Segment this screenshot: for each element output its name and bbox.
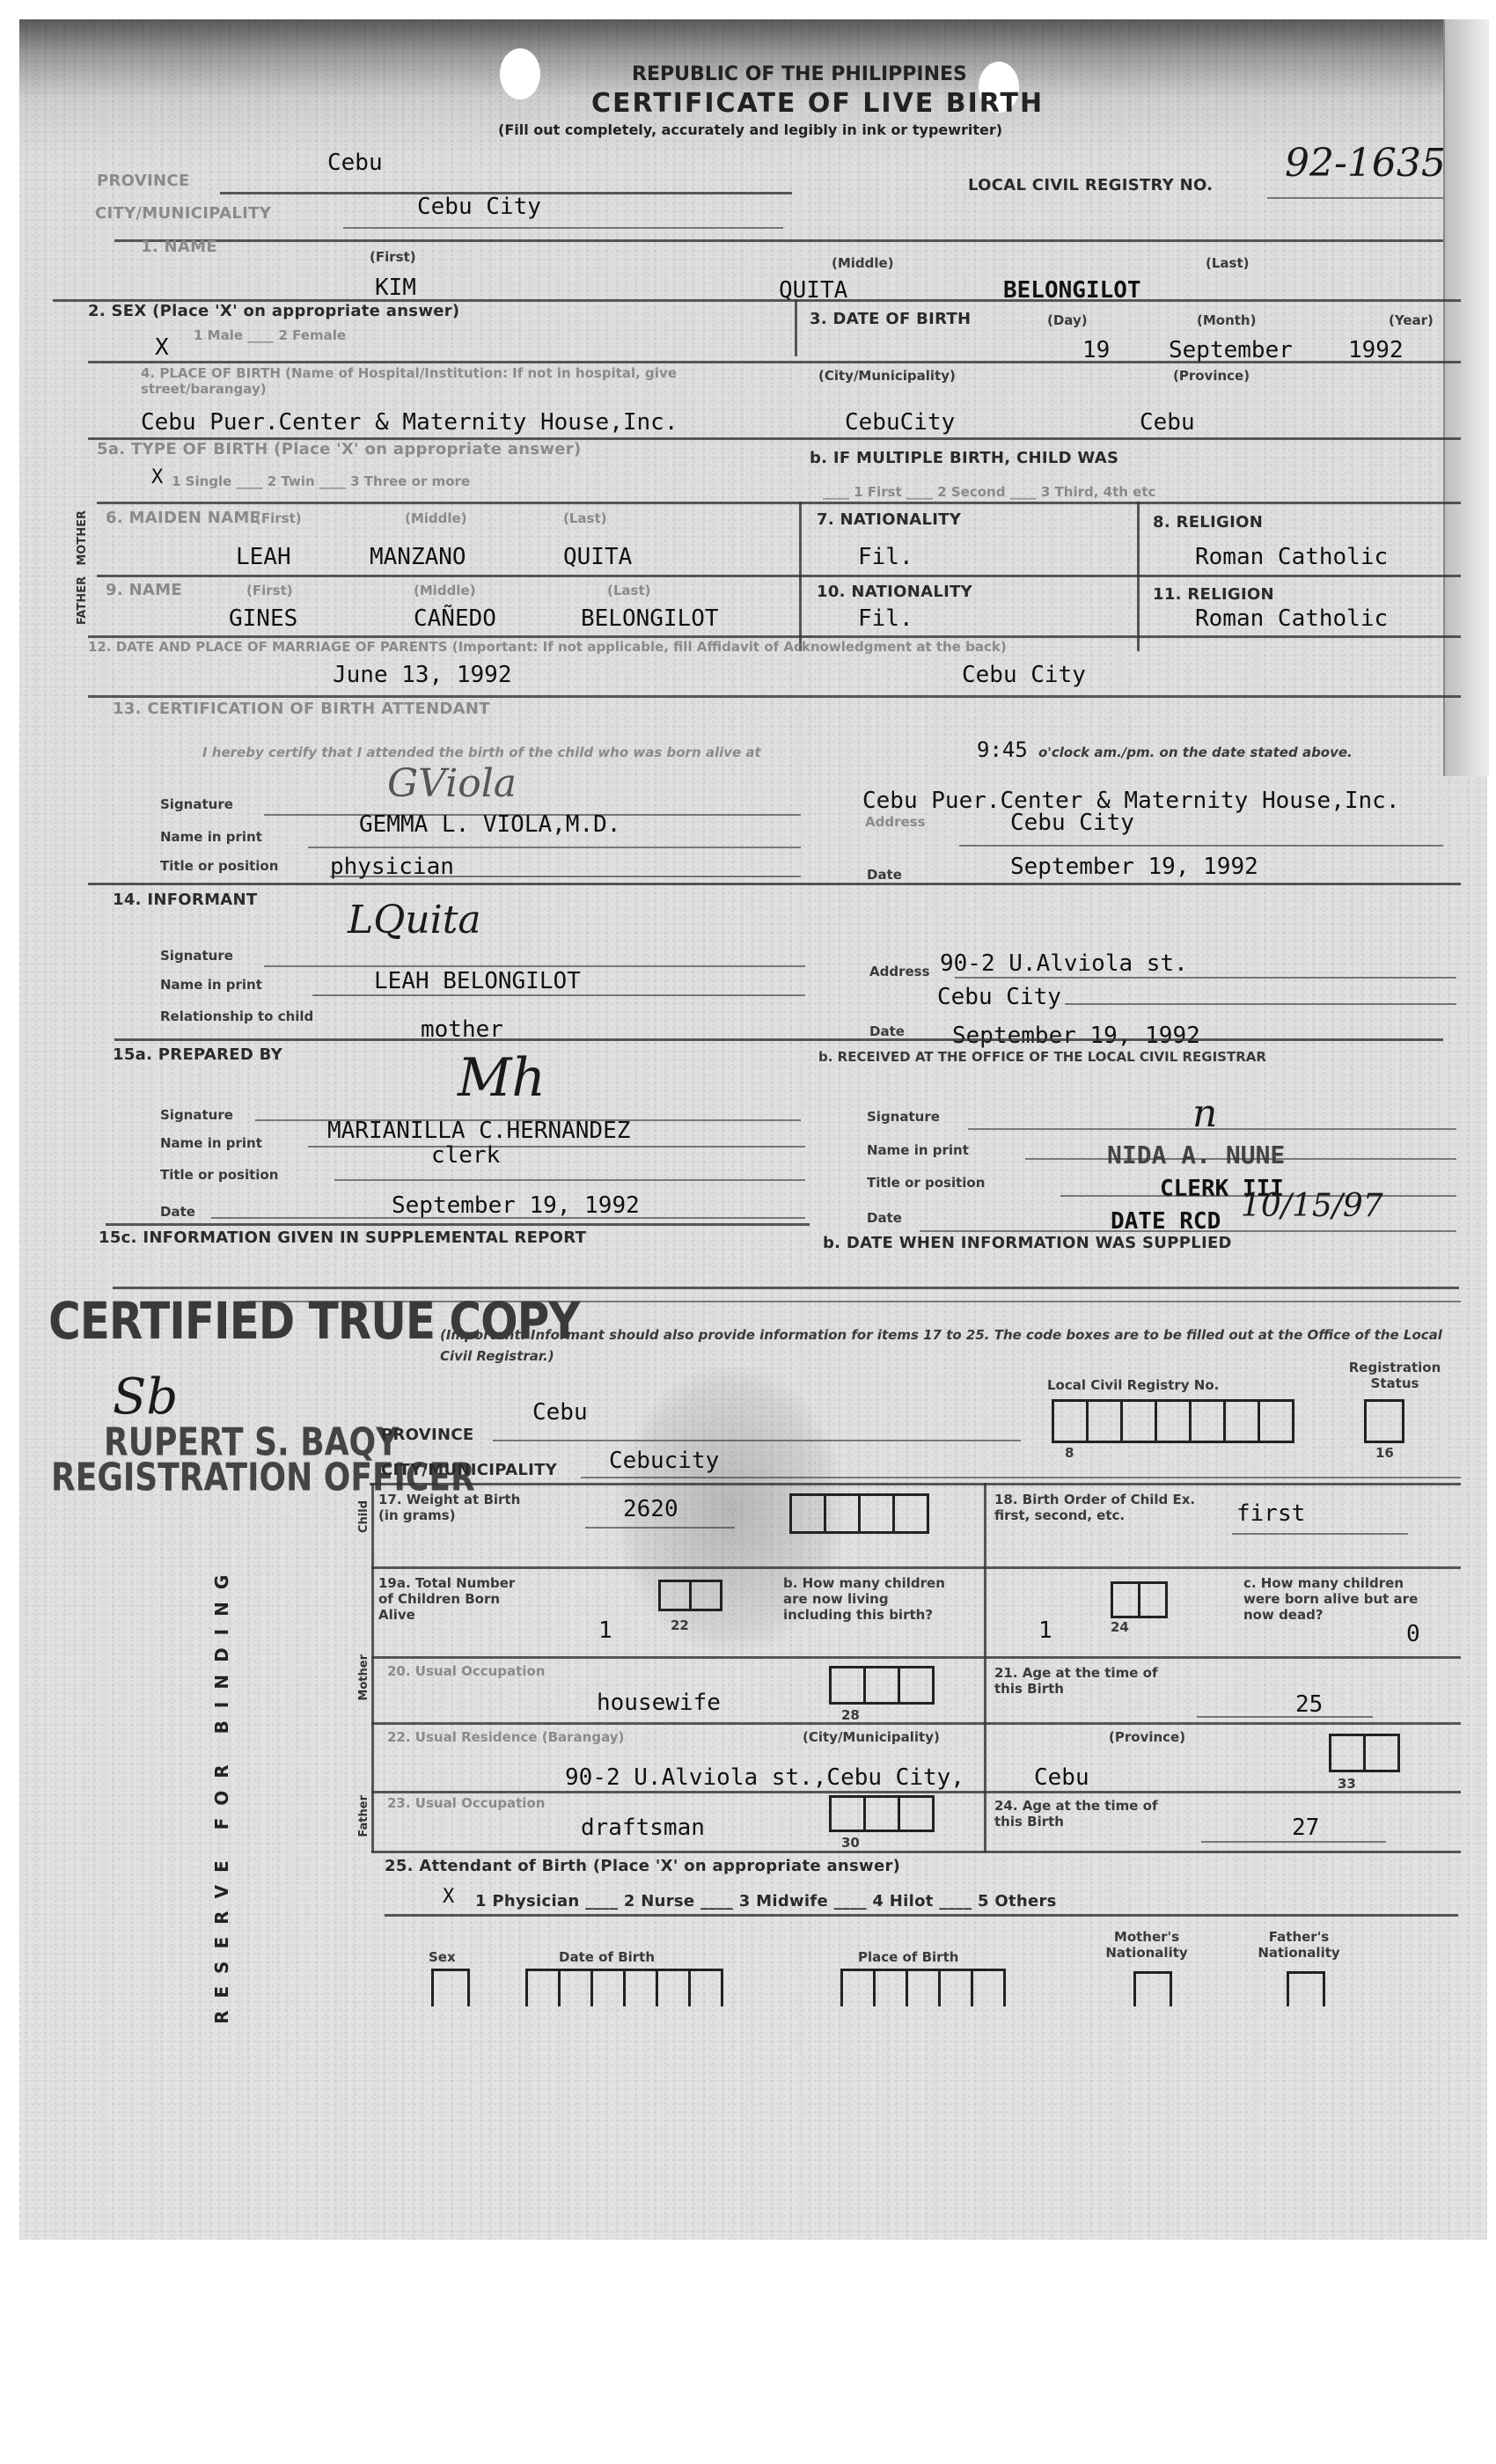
father-occupation-code-boxes[interactable]	[829, 1795, 935, 1832]
pob-province: Cebu	[1140, 409, 1195, 436]
mother-side-label: MOTHER	[76, 510, 89, 566]
mother-middle-label: (Middle)	[405, 510, 467, 526]
child-name-label: 1. NAME	[141, 238, 217, 256]
code-24: 24	[1111, 1619, 1129, 1635]
col-sex-label: Sex	[429, 1949, 456, 1965]
certificate-title: CERTIFICATE OF LIVE BIRTH	[591, 88, 1044, 119]
dob-month-label: (Month)	[1197, 312, 1256, 328]
mother-side-label-stat: Mother	[357, 1654, 370, 1701]
stat-registry-label: Local Civil Registry No.	[1047, 1377, 1219, 1393]
informant-address-line2: Cebu City	[937, 984, 1061, 1010]
mother-age: 25	[1295, 1691, 1323, 1718]
pob-institution: Cebu Puer.Center & Maternity House,Inc.	[141, 409, 678, 436]
dob-label: 3. DATE OF BIRTH	[810, 310, 971, 328]
code-16: 16	[1375, 1445, 1394, 1461]
weight-label: 17. Weight at Birth (in grams)	[378, 1492, 537, 1523]
residence-province: Cebu	[1034, 1764, 1089, 1791]
marriage-label: 12. DATE AND PLACE OF MARRIAGE OF PARENT…	[88, 639, 1007, 655]
code-8: 8	[1065, 1445, 1074, 1461]
mother-first-name: LEAH	[236, 544, 291, 570]
birth-order-value: first	[1236, 1500, 1305, 1527]
received-name-label: Name in print	[867, 1142, 969, 1158]
prepared-name-label: Name in print	[160, 1135, 262, 1151]
father-nationality-code-box[interactable]	[1287, 1971, 1325, 2006]
punch-hole	[500, 48, 540, 99]
type-of-birth-options: 1 Single ____ 2 Twin ____ 3 Three or mor…	[172, 473, 470, 489]
attendant-signature-label: Signature	[160, 796, 233, 812]
child-last-label: (Last)	[1206, 255, 1250, 271]
informant-address-line1: 90-2 U.Alviola st.	[940, 950, 1188, 977]
dob-day-label: (Day)	[1047, 312, 1088, 328]
father-age: 27	[1292, 1815, 1319, 1841]
received-title-label: Title or position	[867, 1175, 985, 1191]
code-30: 30	[841, 1835, 860, 1851]
marriage-place: Cebu City	[962, 662, 1086, 688]
received-name: NIDA A. NUNE	[1107, 1140, 1285, 1170]
registry-code-boxes[interactable]	[1052, 1399, 1294, 1443]
stat-city: Cebucity	[609, 1448, 719, 1474]
child-first-label: (First)	[370, 249, 416, 265]
received-date-label: Date	[867, 1210, 902, 1226]
dob-month: September	[1169, 337, 1293, 363]
dob-year-label: (Year)	[1389, 312, 1434, 328]
pob-province-label: (Province)	[1173, 368, 1250, 384]
city-label: CITY/MUNICIPALITY	[95, 204, 271, 223]
father-middle-name: CAÑEDO	[414, 605, 496, 632]
received-signature-label: Signature	[867, 1109, 940, 1125]
father-name-label: 9. NAME	[106, 581, 182, 599]
certification-label: 13. CERTIFICATION OF BIRTH ATTENDANT	[113, 700, 490, 718]
code-33: 33	[1338, 1776, 1356, 1792]
attendant-date: September 19, 1992	[1010, 854, 1258, 880]
attendant-date-label: Date	[867, 867, 902, 883]
attendant-of-birth-label: 25. Attendant of Birth (Place 'X' on app…	[385, 1857, 900, 1875]
type-of-birth-mark[interactable]: X	[151, 466, 163, 488]
informant-signature-label: Signature	[160, 948, 233, 964]
certification-statement-end: o'clock am./pm. on the date stated above…	[1038, 744, 1353, 760]
father-religion: Roman Catholic	[1195, 605, 1388, 632]
mother-age-label: 21. Age at the time of this Birth	[994, 1665, 1170, 1697]
birth-order-label: 18. Birth Order of Child Ex. first, seco…	[994, 1492, 1223, 1523]
reserve-for-binding-label: RESERVE FOR BINDING	[211, 1531, 232, 2024]
multiple-birth-options: ____ 1 First ____ 2 Second ____ 3 Third,…	[823, 484, 1155, 500]
registration-officer-signature: Sb	[113, 1368, 178, 1426]
stat-status-label: Registration Status	[1342, 1360, 1448, 1391]
attendant-name: GEMMA L. VIOLA,M.D.	[359, 811, 620, 838]
province-label: PROVINCE	[97, 172, 189, 190]
mother-religion-label: 8. RELIGION	[1153, 513, 1263, 532]
father-first-name: GINES	[229, 605, 297, 632]
residence-value: 90-2 U.Alviola st.,Cebu City,	[565, 1764, 964, 1791]
prepared-title: clerk	[431, 1142, 500, 1169]
prepared-by-label: 15a. PREPARED BY	[113, 1045, 282, 1064]
informant-date-label: Date	[869, 1023, 905, 1039]
father-side-label: FATHER	[76, 576, 89, 625]
mother-first-label: (First)	[255, 510, 302, 526]
sex-code-box[interactable]	[431, 1969, 470, 2006]
father-occupation: draftsman	[581, 1815, 705, 1841]
republic-heading: REPUBLIC OF THE PHILIPPINES	[632, 63, 967, 85]
pob-label: 4. PLACE OF BIRTH (Name of Hospital/Inst…	[141, 365, 704, 397]
informant-name: LEAH BELONGILOT	[374, 968, 581, 994]
attendant-name-label: Name in print	[160, 829, 262, 845]
mother-nationality-code-box[interactable]	[1133, 1971, 1172, 2006]
total-alive-code-boxes[interactable]	[658, 1580, 722, 1611]
supplemental-report-label: 15c. INFORMATION GIVEN IN SUPPLEMENTAL R…	[99, 1228, 586, 1247]
father-middle-label: (Middle)	[414, 583, 476, 598]
prepared-signature: Mh	[458, 1047, 546, 1109]
attendant-address-label: Address	[865, 814, 926, 830]
mother-occupation-label: 20. Usual Occupation	[387, 1663, 545, 1679]
informant-signature: LQuita	[348, 898, 481, 942]
father-nationality-label: 10. NATIONALITY	[817, 583, 972, 601]
pob-city: CebuCity	[845, 409, 955, 436]
prepared-title-label: Title or position	[160, 1167, 278, 1183]
father-first-label: (First)	[246, 583, 293, 598]
mother-last-label: (Last)	[563, 510, 607, 526]
attendant-address-line2: Cebu City	[1010, 810, 1134, 836]
prepared-signature-label: Signature	[160, 1107, 233, 1123]
prepared-date: September 19, 1992	[392, 1192, 640, 1219]
child-middle-label: (Middle)	[832, 255, 894, 271]
attendant-of-birth-mark[interactable]: X	[443, 1886, 454, 1908]
informant-date: September 19, 1992	[952, 1023, 1200, 1049]
pob-city-label: (City/Municipality)	[818, 368, 956, 384]
stat-province: Cebu	[532, 1399, 588, 1426]
residence-code-boxes[interactable]	[1329, 1734, 1400, 1772]
mother-last-name: QUITA	[563, 544, 632, 570]
father-religion-label: 11. RELIGION	[1153, 585, 1274, 604]
father-last-label: (Last)	[607, 583, 651, 598]
living-code-boxes[interactable]	[1111, 1581, 1168, 1618]
received-label: b. RECEIVED AT THE OFFICE OF THE LOCAL C…	[818, 1049, 1266, 1065]
total-alive-label: 19a. Total Number of Children Born Alive	[378, 1575, 519, 1623]
sex-options: 1 Male ____ 2 Female	[194, 327, 346, 343]
child-side-label: Child	[357, 1500, 370, 1533]
stat-province-label: PROVINCE	[381, 1426, 473, 1444]
prepared-name: MARIANILLA C.HERNANDEZ	[327, 1118, 630, 1144]
birth-time: 9:45	[977, 737, 1028, 762]
city-value: Cebu City	[417, 194, 541, 220]
supplemental-date-label: b. DATE WHEN INFORMATION WAS SUPPLIED	[823, 1234, 1232, 1252]
attendant-signature: GViola	[387, 761, 517, 806]
code-22: 22	[671, 1617, 689, 1633]
paper-fold-edge	[1443, 19, 1489, 776]
attendant-of-birth-options: 1 Physician ____ 2 Nurse ____ 3 Midwife …	[475, 1892, 1057, 1910]
mother-nationality: Fil.	[858, 544, 913, 570]
col-mother-nationality-label: Mother's Nationality	[1094, 1929, 1199, 1961]
received-date: 10/15/97	[1241, 1188, 1383, 1224]
living-value: 1	[1038, 1617, 1052, 1644]
col-pob-label: Place of Birth	[858, 1949, 958, 1965]
certificate-subtitle: (Fill out completely, accurately and leg…	[498, 121, 1002, 138]
mother-middle-name: MANZANO	[370, 544, 466, 570]
residence-province-label: (Province)	[1109, 1729, 1185, 1745]
child-first-name: KIM	[375, 275, 416, 301]
total-alive-value: 1	[598, 1617, 612, 1644]
registry-no-value: 92-1635	[1285, 141, 1446, 186]
father-age-label: 24. Age at the time of this Birth	[994, 1798, 1170, 1830]
stat-city-label: CITY/MUNICIPALITY	[381, 1461, 557, 1479]
statistical-important-note: (Important: Informant should also provid…	[440, 1324, 1443, 1367]
col-dob-label: Date of Birth	[559, 1949, 655, 1965]
living-label: b. How many children are now living incl…	[783, 1575, 950, 1623]
informant-name-label: Name in print	[160, 977, 262, 993]
weight-value: 2620	[623, 1496, 678, 1522]
dead-label: c. How many children were born alive but…	[1243, 1575, 1428, 1623]
father-occupation-label: 23. Usual Occupation	[387, 1795, 545, 1811]
mother-occupation-code-boxes[interactable]	[829, 1666, 935, 1705]
province-value: Cebu	[327, 150, 383, 176]
residence-city-label: (City/Municipality)	[803, 1729, 940, 1745]
status-code-box[interactable]	[1364, 1399, 1404, 1443]
type-of-birth-label: 5a. TYPE OF BIRTH (Place 'X' on appropri…	[97, 440, 582, 458]
marriage-date: June 13, 1992	[333, 662, 512, 688]
mother-religion: Roman Catholic	[1195, 544, 1388, 570]
informant-label: 14. INFORMANT	[113, 891, 257, 909]
pob-code-boxes[interactable]	[840, 1969, 1006, 2006]
sex-mark[interactable]: X	[155, 334, 169, 361]
informant-address-label: Address	[869, 964, 930, 979]
dob-year: 1992	[1348, 337, 1404, 363]
residence-label: 22. Usual Residence (Barangay)	[387, 1729, 624, 1745]
mother-maiden-label: 6. MAIDEN NAME	[106, 509, 260, 527]
certification-statement: I hereby certify that I attended the bir…	[202, 744, 761, 760]
code-28: 28	[841, 1707, 860, 1723]
prepared-date-label: Date	[160, 1204, 195, 1220]
mother-nationality-label: 7. NATIONALITY	[817, 510, 961, 529]
informant-relationship-label: Relationship to child	[160, 1008, 313, 1024]
attendant-title-label: Title or position	[160, 858, 278, 874]
dob-day: 19	[1082, 337, 1110, 363]
dead-value: 0	[1406, 1621, 1420, 1647]
mother-occupation: housewife	[597, 1690, 721, 1716]
registry-no-label: LOCAL CIVIL REGISTRY NO.	[968, 176, 1213, 194]
dob-code-boxes[interactable]	[525, 1969, 723, 2006]
father-last-name: BELONGILOT	[581, 605, 719, 632]
father-side-label-stat: Father	[357, 1795, 370, 1837]
father-nationality: Fil.	[858, 605, 913, 632]
sex-label: 2. SEX (Place 'X' on appropriate answer)	[88, 302, 459, 320]
multiple-birth-label: b. IF MULTIPLE BIRTH, CHILD WAS	[810, 449, 1118, 467]
col-father-nationality-label: Father's Nationality	[1246, 1929, 1352, 1961]
weight-code-boxes[interactable]	[789, 1493, 929, 1534]
